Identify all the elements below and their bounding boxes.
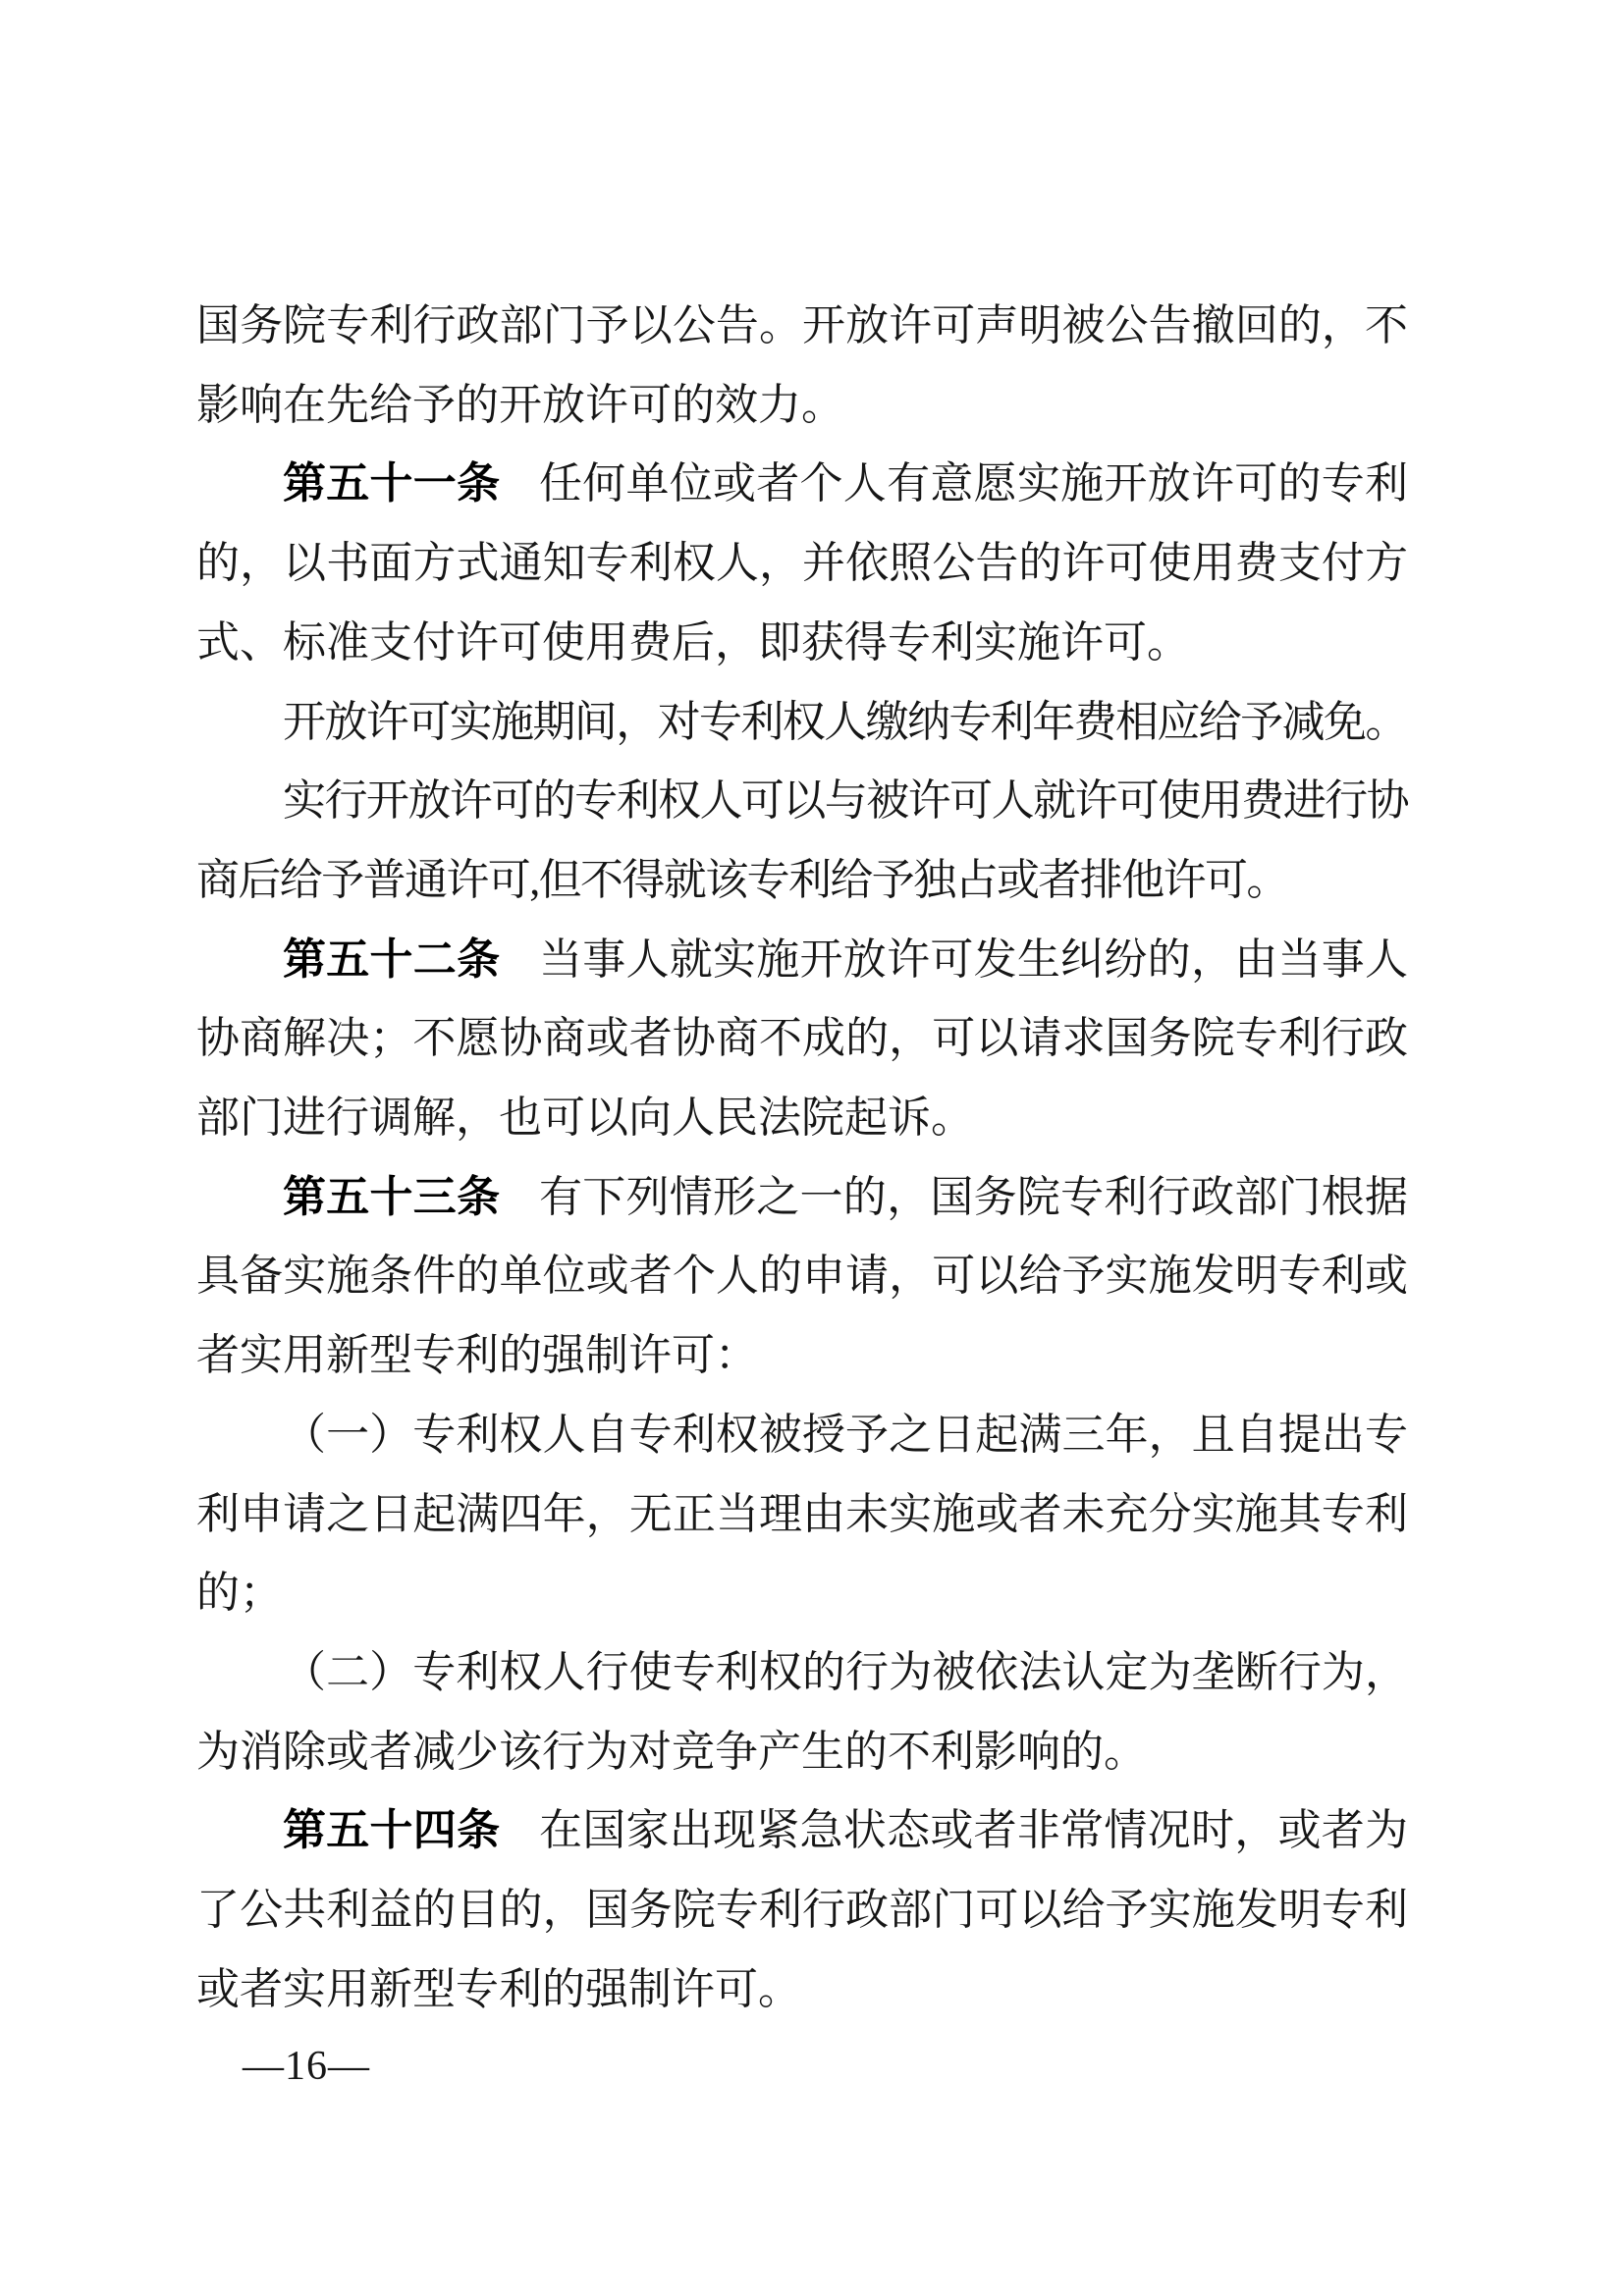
paragraph-continuation: 国务院专利行政部门予以公告。开放许可声明被公告撤回的，不影响在先给予的开放许可的… — [196, 287, 1408, 445]
paragraph-article-51: 第五十一条任何单位或者个人有意愿实施开放许可的专利的，以书面方式通知专利权人，并… — [196, 445, 1408, 682]
paragraph-article-53-item-1: （一）专利权人自专利权被授予之日起满三年，且自提出专利申请之日起满四年，无正当理… — [196, 1396, 1408, 1633]
paragraph-article-53: 第五十三条有下列情形之一的，国务院专利行政部门根据具备实施条件的单位或者个人的申… — [196, 1158, 1408, 1396]
page-number: —16— — [243, 2044, 370, 2089]
paragraph-article-53-item-2: （二）专利权人行使专利权的行为被依法认定为垄断行为，为消除或者减少该行为对竞争产… — [196, 1633, 1408, 1791]
article-51-number: 第五十一条 — [283, 459, 500, 507]
paragraph-article-51-clause-3: 实行开放许可的专利权人可以与被许可人就许可使用费进行协商后给予普通许可,但不得就… — [196, 762, 1408, 920]
article-53-number: 第五十三条 — [283, 1173, 500, 1221]
document-page: 国务院专利行政部门予以公告。开放许可声明被公告撤回的，不影响在先给予的开放许可的… — [0, 0, 1624, 2296]
document-body: 国务院专利行政部门予以公告。开放许可声明被公告撤回的，不影响在先给予的开放许可的… — [196, 287, 1408, 2029]
paragraph-article-52: 第五十二条当事人就实施开放许可发生纠纷的，由当事人协商解决；不愿协商或者协商不成… — [196, 921, 1408, 1158]
article-54-number: 第五十四条 — [283, 1806, 500, 1854]
paragraph-article-54: 第五十四条在国家出现紧急状态或者非常情况时，或者为了公共利益的目的，国务院专利行… — [196, 1791, 1408, 2029]
article-52-number: 第五十二条 — [283, 935, 500, 984]
paragraph-article-51-clause-2: 开放许可实施期间，对专利权人缴纳专利年费相应给予减免。 — [196, 683, 1408, 763]
